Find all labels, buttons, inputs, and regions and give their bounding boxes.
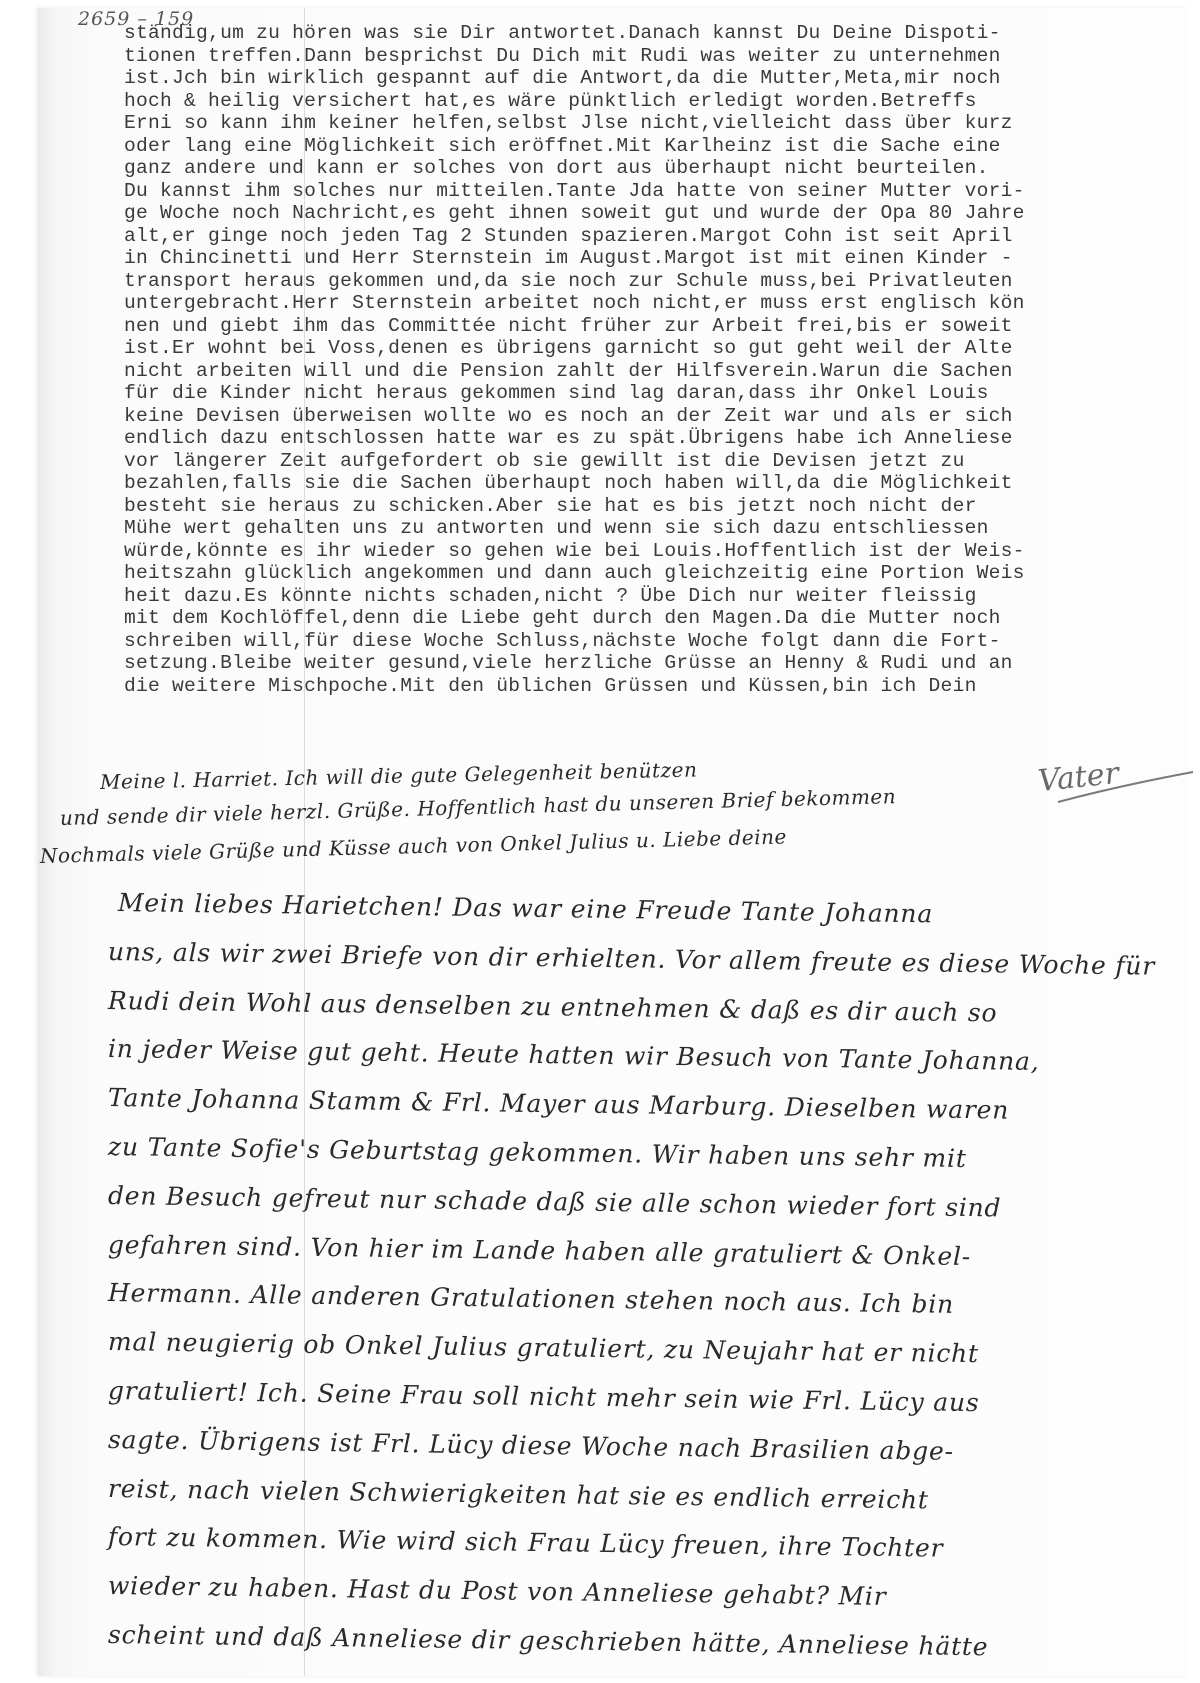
handwritten-letter-line: sagte. Übrigens ist Frl. Lücy diese Woch… [108,1425,954,1466]
typed-line: tionen treffen.Dann besprichst Du Dich m… [124,45,1200,68]
typed-line: bezahlen,falls sie die Sachen überhaupt … [124,472,1200,495]
typed-line: würde,könnte es ihr wieder so gehen wie … [124,540,1200,563]
typed-line: alt,er ginge noch jeden Tag 2 Stunden sp… [124,225,1200,248]
typed-line: setzung.Bleibe weiter gesund,viele herzl… [124,652,1200,675]
typed-line: vor längerer Zeit aufgefordert ob sie ge… [124,450,1200,473]
handwritten-note-line: Meine l. Harriet. Ich will die gute Gele… [100,757,698,794]
typed-letter-body: ständig,um zu hören was sie Dir antworte… [124,22,1200,697]
typed-line: die weitere Mischpoche.Mit den üblichen … [124,675,1200,698]
typed-line: ständig,um zu hören was sie Dir antworte… [124,22,1200,45]
typed-line: nen und giebt ihm das Committée nicht fr… [124,315,1200,338]
handwritten-letter-line: reist, nach vielen Schwierigkeiten hat s… [108,1474,929,1514]
typed-line: ist.Er wohnt bei Voss,denen es übrigens … [124,337,1200,360]
handwritten-letter-line: mal neugierig ob Onkel Julius gratuliert… [108,1327,979,1368]
typed-line: ist.Jch bin wirklich gespannt auf die An… [124,67,1200,90]
typed-line: Mühe wert gehalten uns zu antworten und … [124,517,1200,540]
typed-line: schreiben will,für diese Woche Schluss,n… [124,630,1200,653]
handwritten-letter-line: Mein liebes Harietchen! Das war eine Fre… [118,888,933,928]
typed-line: untergebracht.Herr Sternstein arbeitet n… [124,292,1200,315]
typed-line: oder lang eine Möglichkeit sich eröffnet… [124,135,1200,158]
typed-line: für die Kinder nicht heraus gekommen sin… [124,382,1200,405]
typed-line: mit dem Kochlöffel,denn die Liebe geht d… [124,607,1200,630]
handwritten-letter-line: Hermann. Alle anderen Gratulationen steh… [108,1278,954,1319]
typed-line: keine Devisen überweisen wollte wo es no… [124,405,1200,428]
typed-line: ganz andere und kann er solches von dort… [124,157,1200,180]
handwritten-letter-line: Tante Johanna Stamm & Frl. Mayer aus Mar… [108,1083,1010,1125]
typed-line: Erni so kann ihm keiner helfen,selbst Jl… [124,112,1200,135]
handwritten-note-line: Nochmals viele Grüße und Küsse auch von … [40,824,787,868]
typed-line: heit dazu.Es könnte nichts schaden,nicht… [124,585,1200,608]
handwritten-letter-line: wieder zu haben. Hast du Post von Anneli… [108,1571,887,1611]
typed-line: besteht sie heraus zu schicken.Aber sie … [124,495,1200,518]
handwritten-letter-line: gratuliert! Ich. Seine Frau soll nicht m… [108,1376,980,1417]
handwritten-letter-line: uns, als wir zwei Briefe von dir erhielt… [108,937,1155,981]
handwritten-letter-line: den Besuch gefreut nur schade daß sie al… [108,1181,1002,1222]
typed-line: ge Woche noch Nachricht,es geht ihnen so… [124,202,1200,225]
typed-line: endlich dazu entschlossen hatte war es z… [124,427,1200,450]
handwritten-letter-line: Rudi dein Wohl aus denselben zu entnehme… [108,986,998,1027]
typed-line: nicht arbeiten will und die Pension zahl… [124,360,1200,383]
handwritten-letter-line: fort zu kommen. Wie wird sich Frau Lücy … [108,1522,944,1563]
handwritten-letter-line: gefahren sind. Von hier im Lande haben a… [108,1230,971,1271]
handwritten-letter-line: in jeder Weise gut geht. Heute hatten wi… [108,1034,1040,1076]
typed-line: transport heraus gekommen und,da sie noc… [124,270,1200,293]
typed-line: in Chincinetti und Herr Sternstein im Au… [124,247,1200,270]
letter-page: 2659 – 159 ständig,um zu hören was sie D… [38,8,1188,1676]
handwritten-letter-line: zu Tante Sofie's Geburtstag gekommen. Wi… [108,1132,967,1173]
typed-line: heitszahn glücklich angekommen und dann … [124,562,1200,585]
signature-flourish-icon [1048,768,1198,808]
handwritten-letter-line: scheint und daß Anneliese dir geschriebe… [108,1620,989,1661]
typed-line: Du kannst ihm solches nur mitteilen.Tant… [124,180,1200,203]
typed-line: hoch & heilig versichert hat,es wäre pün… [124,90,1200,113]
